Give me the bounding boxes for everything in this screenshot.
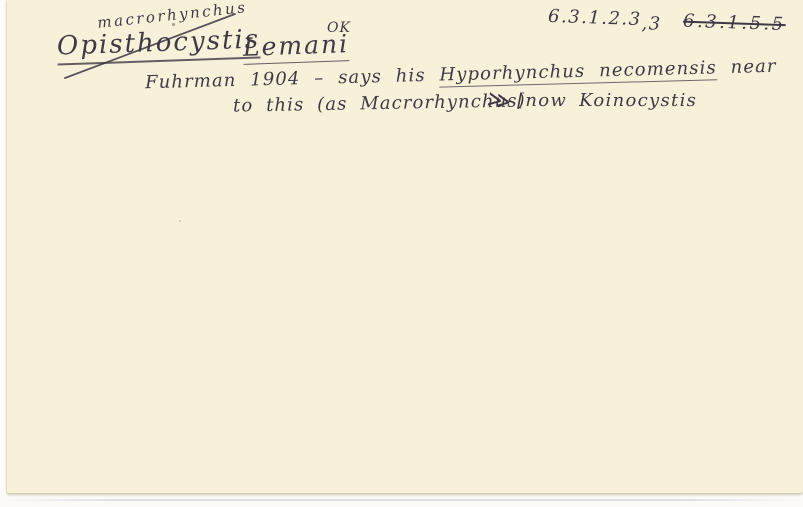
catalog-number-struck: 6.3.1.5.5 bbox=[683, 11, 786, 36]
note-line-2: to this (as Macrorhynchus) bbox=[233, 90, 526, 116]
approval-mark-text: OK bbox=[327, 20, 351, 36]
note-line1-suffix: near bbox=[730, 56, 777, 78]
note-line1-prefix: Fuhrman 1904 – says his bbox=[145, 65, 426, 93]
scan-speck bbox=[179, 220, 181, 222]
struck-genus-text: Opisthocystis bbox=[56, 24, 260, 65]
catalog-numbers: 6.3.1.2.3,3 6.3.1.5.5 bbox=[548, 6, 786, 35]
arrow-annotation: ≫[now Koinocystis bbox=[487, 88, 697, 114]
bracket-note-text: [now Koinocystis bbox=[517, 90, 697, 111]
catalog-number-addition: ,3 bbox=[641, 13, 662, 35]
scan-speck bbox=[172, 23, 175, 26]
scanned-page: macrorhynchus Opisthocystis Lemani OK 6.… bbox=[0, 0, 803, 507]
note-taxon-underlined: Hyporhynchus necomensis bbox=[439, 57, 717, 87]
scan-speck bbox=[82, 39, 84, 41]
double-chevron-arrow-icon: ≫ bbox=[485, 86, 513, 116]
index-card: macrorhynchus Opisthocystis Lemani OK 6.… bbox=[7, 0, 803, 493]
catalog-number-current: 6.3.1.2.3 bbox=[548, 6, 642, 30]
scanner-edge-line bbox=[0, 499, 803, 501]
